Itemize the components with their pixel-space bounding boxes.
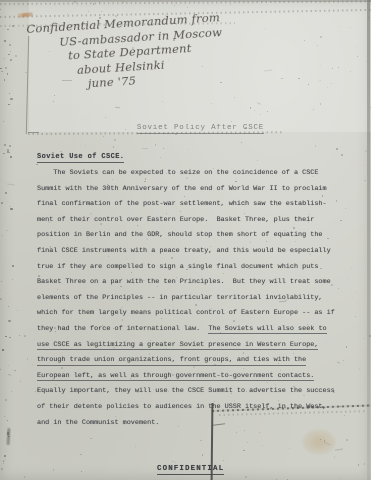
scan-speck	[223, 460, 224, 461]
scan-speck	[3, 153, 5, 155]
scan-speck	[355, 316, 356, 317]
classification-footer: CONFIDENTIAL	[157, 465, 224, 473]
scan-speck	[236, 432, 237, 433]
body-line: true if they are compelled to sign a sin…	[37, 260, 347, 276]
scan-speck	[27, 358, 28, 359]
body-text-underlined: European left, as well as through govern…	[37, 372, 314, 382]
scan-speck	[287, 479, 288, 480]
scan-speck	[8, 306, 9, 307]
scan-speck	[4, 455, 6, 457]
scan-speck	[254, 110, 255, 111]
scan-speck	[7, 149, 9, 151]
body-text: true if they are compelled to sign a sin…	[37, 263, 318, 271]
scan-speck	[160, 157, 161, 158]
scan-speck	[114, 139, 116, 141]
scan-speck	[359, 368, 361, 370]
scan-speck	[8, 104, 9, 105]
scan-speck	[3, 460, 4, 461]
scan-scratch	[264, 70, 272, 72]
scan-speck	[1, 468, 3, 470]
body-text: they had the force of international law.	[37, 325, 208, 333]
body-text-underlined: use CSCE as legitimizing a greater Sovie…	[37, 341, 318, 351]
scan-speck	[32, 364, 33, 365]
scan-speck	[9, 152, 10, 153]
page-edge-corner	[28, 132, 39, 133]
scan-speck	[53, 469, 54, 470]
scan-speck	[352, 297, 353, 298]
scan-speck	[90, 438, 91, 439]
scan-speck	[6, 230, 8, 232]
scan-speck	[304, 40, 305, 41]
scan-speck	[54, 95, 55, 96]
scan-speck	[10, 156, 12, 158]
scan-speck	[364, 463, 365, 464]
section-heading: Soviet Use of CSCE.	[37, 153, 124, 161]
scan-speck	[36, 164, 37, 165]
scan-speck	[20, 381, 21, 382]
scan-speck	[298, 78, 299, 79]
scan-speck	[364, 473, 365, 474]
scan-speck	[350, 27, 351, 28]
scan-speck	[11, 391, 12, 392]
scan-speck	[24, 335, 26, 337]
scan-speck	[339, 478, 340, 479]
body-text: The Soviets can be expected to seize on …	[37, 169, 318, 177]
scan-speck	[80, 454, 81, 455]
scan-speck	[319, 80, 321, 82]
scan-speck	[348, 278, 349, 279]
scan-speck	[260, 114, 261, 115]
bottom-left-smudge	[7, 428, 11, 445]
scan-speck	[172, 461, 173, 462]
scan-speck	[358, 464, 360, 466]
scan-speck	[250, 107, 251, 108]
scan-speck	[15, 55, 17, 57]
scan-speck	[74, 1, 76, 3]
body-line: Equally important, they will use the CSC…	[37, 384, 347, 400]
scan-speck	[327, 87, 328, 88]
scan-speck	[175, 134, 176, 135]
scan-speck	[320, 65, 321, 66]
scan-speck	[174, 5, 175, 6]
scan-speck	[5, 399, 7, 401]
classification-footer-text: CONFIDENTIAL	[157, 465, 224, 475]
scan-speck	[53, 101, 54, 102]
page-title: Soviet Policy After CSCE	[30, 124, 371, 132]
scan-speck	[8, 374, 10, 376]
scan-speck	[320, 36, 321, 37]
scan-speck	[308, 84, 309, 85]
scan-speck	[103, 136, 104, 137]
document-body: The Soviets can be expected to seize on …	[37, 166, 347, 431]
scan-speck	[0, 369, 1, 370]
scan-speck	[163, 148, 164, 149]
scan-speck	[5, 67, 7, 69]
body-line: final confirmation of the post-war settl…	[37, 197, 347, 213]
scan-speck	[8, 320, 10, 322]
scan-speck	[313, 109, 314, 110]
body-line: ment of their control over Eastern Europ…	[37, 213, 347, 229]
scan-speck	[231, 121, 232, 122]
scan-speck	[0, 298, 2, 300]
body-text: Equally important, they will use the CSC…	[37, 387, 335, 395]
body-text: final CSCE instruments with a peace trea…	[37, 247, 331, 255]
scan-speck	[81, 471, 82, 472]
scan-scratch	[142, 148, 148, 149]
scan-speck	[357, 56, 358, 57]
scan-speck	[5, 336, 7, 338]
scan-speck	[8, 365, 9, 366]
scan-speck	[262, 445, 263, 446]
scan-speck	[4, 40, 6, 42]
scan-speck	[105, 117, 106, 118]
body-text: Summit with the 30th Anniversary of the …	[37, 185, 327, 193]
scan-speck	[8, 54, 9, 55]
scan-speck	[187, 7, 188, 8]
scan-speck	[12, 25, 14, 27]
page-edge-line-top	[0, 0, 371, 2]
body-line: Summit with the 30th Anniversary of the …	[37, 182, 347, 198]
body-line: they had the force of international law.…	[37, 322, 347, 338]
scan-speck	[236, 478, 238, 480]
scan-speck	[162, 101, 163, 102]
body-text: of their detente policies to audiences i…	[37, 403, 327, 411]
scanned-document-page: Confidential Memorandum from US-ambassad…	[0, 0, 371, 480]
scan-speck	[3, 121, 4, 122]
scan-speck	[364, 180, 365, 181]
body-line: position in Berlin and the GDR, should s…	[37, 228, 347, 244]
scan-speck	[267, 111, 268, 112]
scan-speck	[7, 151, 9, 153]
scan-speck	[10, 375, 11, 376]
scan-speck	[241, 142, 242, 143]
scan-speck	[351, 268, 352, 269]
scan-speck	[259, 432, 260, 433]
scan-speck	[211, 103, 212, 104]
scan-speck	[19, 335, 20, 336]
scan-speck	[331, 83, 333, 85]
section-heading-text: Soviet Use of CSCE.	[37, 153, 124, 163]
body-line: The Soviets can be expected to seize on …	[37, 166, 347, 182]
scan-speck	[0, 290, 1, 291]
scan-speck	[349, 291, 350, 292]
scan-speck	[113, 146, 114, 147]
scan-speck	[245, 476, 246, 477]
scan-speck	[10, 208, 12, 210]
scan-speck	[265, 28, 266, 29]
scan-speck	[301, 65, 302, 66]
scan-speck	[7, 201, 8, 202]
scan-speck	[370, 4, 371, 5]
scan-scratch	[257, 102, 261, 105]
scan-speck	[247, 442, 248, 443]
scan-speck	[2, 235, 3, 236]
scan-speck	[243, 117, 244, 118]
scan-speck	[356, 46, 357, 47]
scan-speck	[200, 440, 201, 441]
scan-speck	[99, 2, 100, 3]
page-edge-line-right	[367, 0, 370, 480]
scan-speck	[363, 165, 364, 166]
scan-speck	[175, 462, 176, 463]
body-line: through trade union organizations, front…	[37, 353, 347, 369]
scan-speck	[135, 446, 136, 447]
scan-speck	[346, 439, 348, 441]
scan-speck	[3, 461, 4, 462]
scan-speck	[0, 9, 1, 10]
scan-speck	[289, 448, 290, 449]
scan-speck	[4, 144, 6, 146]
body-text: final confirmation of the post-war settl…	[37, 200, 327, 208]
scan-speck	[12, 265, 14, 267]
scan-speck	[4, 416, 5, 417]
body-text: Basket Three on a par with the ten Princ…	[37, 278, 331, 286]
scan-speck	[234, 97, 235, 98]
body-text: elements of the Principles -- in particu…	[37, 294, 323, 302]
body-text: position in Berlin and the GDR, should s…	[37, 231, 323, 239]
scan-speck	[0, 68, 1, 69]
scan-speck	[178, 86, 179, 87]
body-text-underlined: The Soviets will also seek to	[208, 325, 326, 335]
body-text-underlined: through trade union organizations, front…	[37, 356, 306, 366]
scan-speck	[24, 476, 26, 478]
scan-scratch	[7, 184, 15, 186]
scan-speck	[230, 4, 231, 5]
scan-speck	[67, 13, 68, 14]
scan-speck	[88, 11, 89, 12]
scan-speck	[9, 145, 11, 147]
scan-speck	[1, 71, 2, 72]
body-line: use CSCE as legitimizing a greater Sovie…	[37, 338, 347, 354]
scan-speck	[340, 26, 341, 27]
page-title-text: Soviet Policy After CSCE	[137, 124, 264, 134]
scan-speck	[7, 29, 8, 30]
scan-speck	[338, 67, 339, 68]
scan-speck	[315, 145, 317, 147]
body-text: which for them largely means political c…	[37, 309, 335, 317]
scan-speck	[257, 160, 258, 161]
body-line: final CSCE instruments with a peace trea…	[37, 244, 347, 260]
scan-speck	[10, 51, 11, 52]
scan-speck	[7, 73, 8, 74]
rust-smudge	[17, 12, 33, 17]
scan-speck	[188, 149, 189, 150]
body-line: elements of the Principles -- in particu…	[37, 291, 347, 307]
scan-speck	[9, 206, 11, 208]
scan-speck	[311, 77, 312, 78]
scan-speck	[60, 151, 61, 152]
scan-speck	[2, 349, 4, 351]
scan-speck	[14, 370, 15, 371]
body-line: and in the Communist movement.	[37, 416, 347, 432]
scan-speck	[155, 144, 156, 145]
scan-speck	[3, 463, 4, 464]
scan-speck	[336, 148, 338, 150]
scan-speck	[4, 58, 5, 59]
scan-speck	[356, 292, 357, 293]
scan-scratch	[115, 107, 120, 109]
scan-speck	[9, 93, 10, 94]
scan-speck	[363, 338, 364, 339]
scan-speck	[5, 192, 7, 194]
scan-speck	[2, 349, 4, 351]
scan-speck	[317, 45, 318, 46]
scan-speck	[12, 279, 13, 280]
scan-speck	[320, 103, 321, 104]
body-line: Basket Three on a par with the ten Princ…	[37, 275, 347, 291]
body-line: which for them largely means political c…	[37, 306, 347, 322]
scan-speck	[341, 154, 343, 156]
scan-speck	[9, 44, 11, 46]
body-line: of their detente policies to audiences i…	[37, 400, 347, 416]
scan-speck	[35, 391, 36, 392]
scan-speck	[4, 79, 6, 81]
scan-speck	[243, 450, 244, 451]
scan-speck	[334, 456, 335, 457]
body-text: ment of their control over Eastern Europ…	[37, 216, 314, 224]
scan-speck	[281, 78, 283, 80]
scan-speck	[7, 420, 8, 421]
scan-speck	[10, 59, 12, 61]
body-line: European left, as well as through govern…	[37, 369, 347, 385]
scan-speck	[17, 465, 18, 466]
handwritten-note: Confidential Memorandum from US-ambassad…	[26, 10, 225, 94]
scan-speck	[332, 68, 333, 69]
scan-speck	[101, 11, 102, 12]
scan-speck	[93, 3, 94, 4]
scan-speck	[85, 145, 86, 146]
scan-speck	[1, 202, 3, 204]
scan-speck	[9, 337, 10, 338]
scan-speck	[123, 2, 124, 3]
body-text: and in the Communist movement.	[37, 419, 159, 427]
scan-speck	[10, 98, 12, 100]
scan-speck	[17, 310, 18, 311]
scan-speck	[202, 454, 204, 456]
scan-speck	[1, 281, 2, 282]
scan-speck	[350, 71, 351, 72]
